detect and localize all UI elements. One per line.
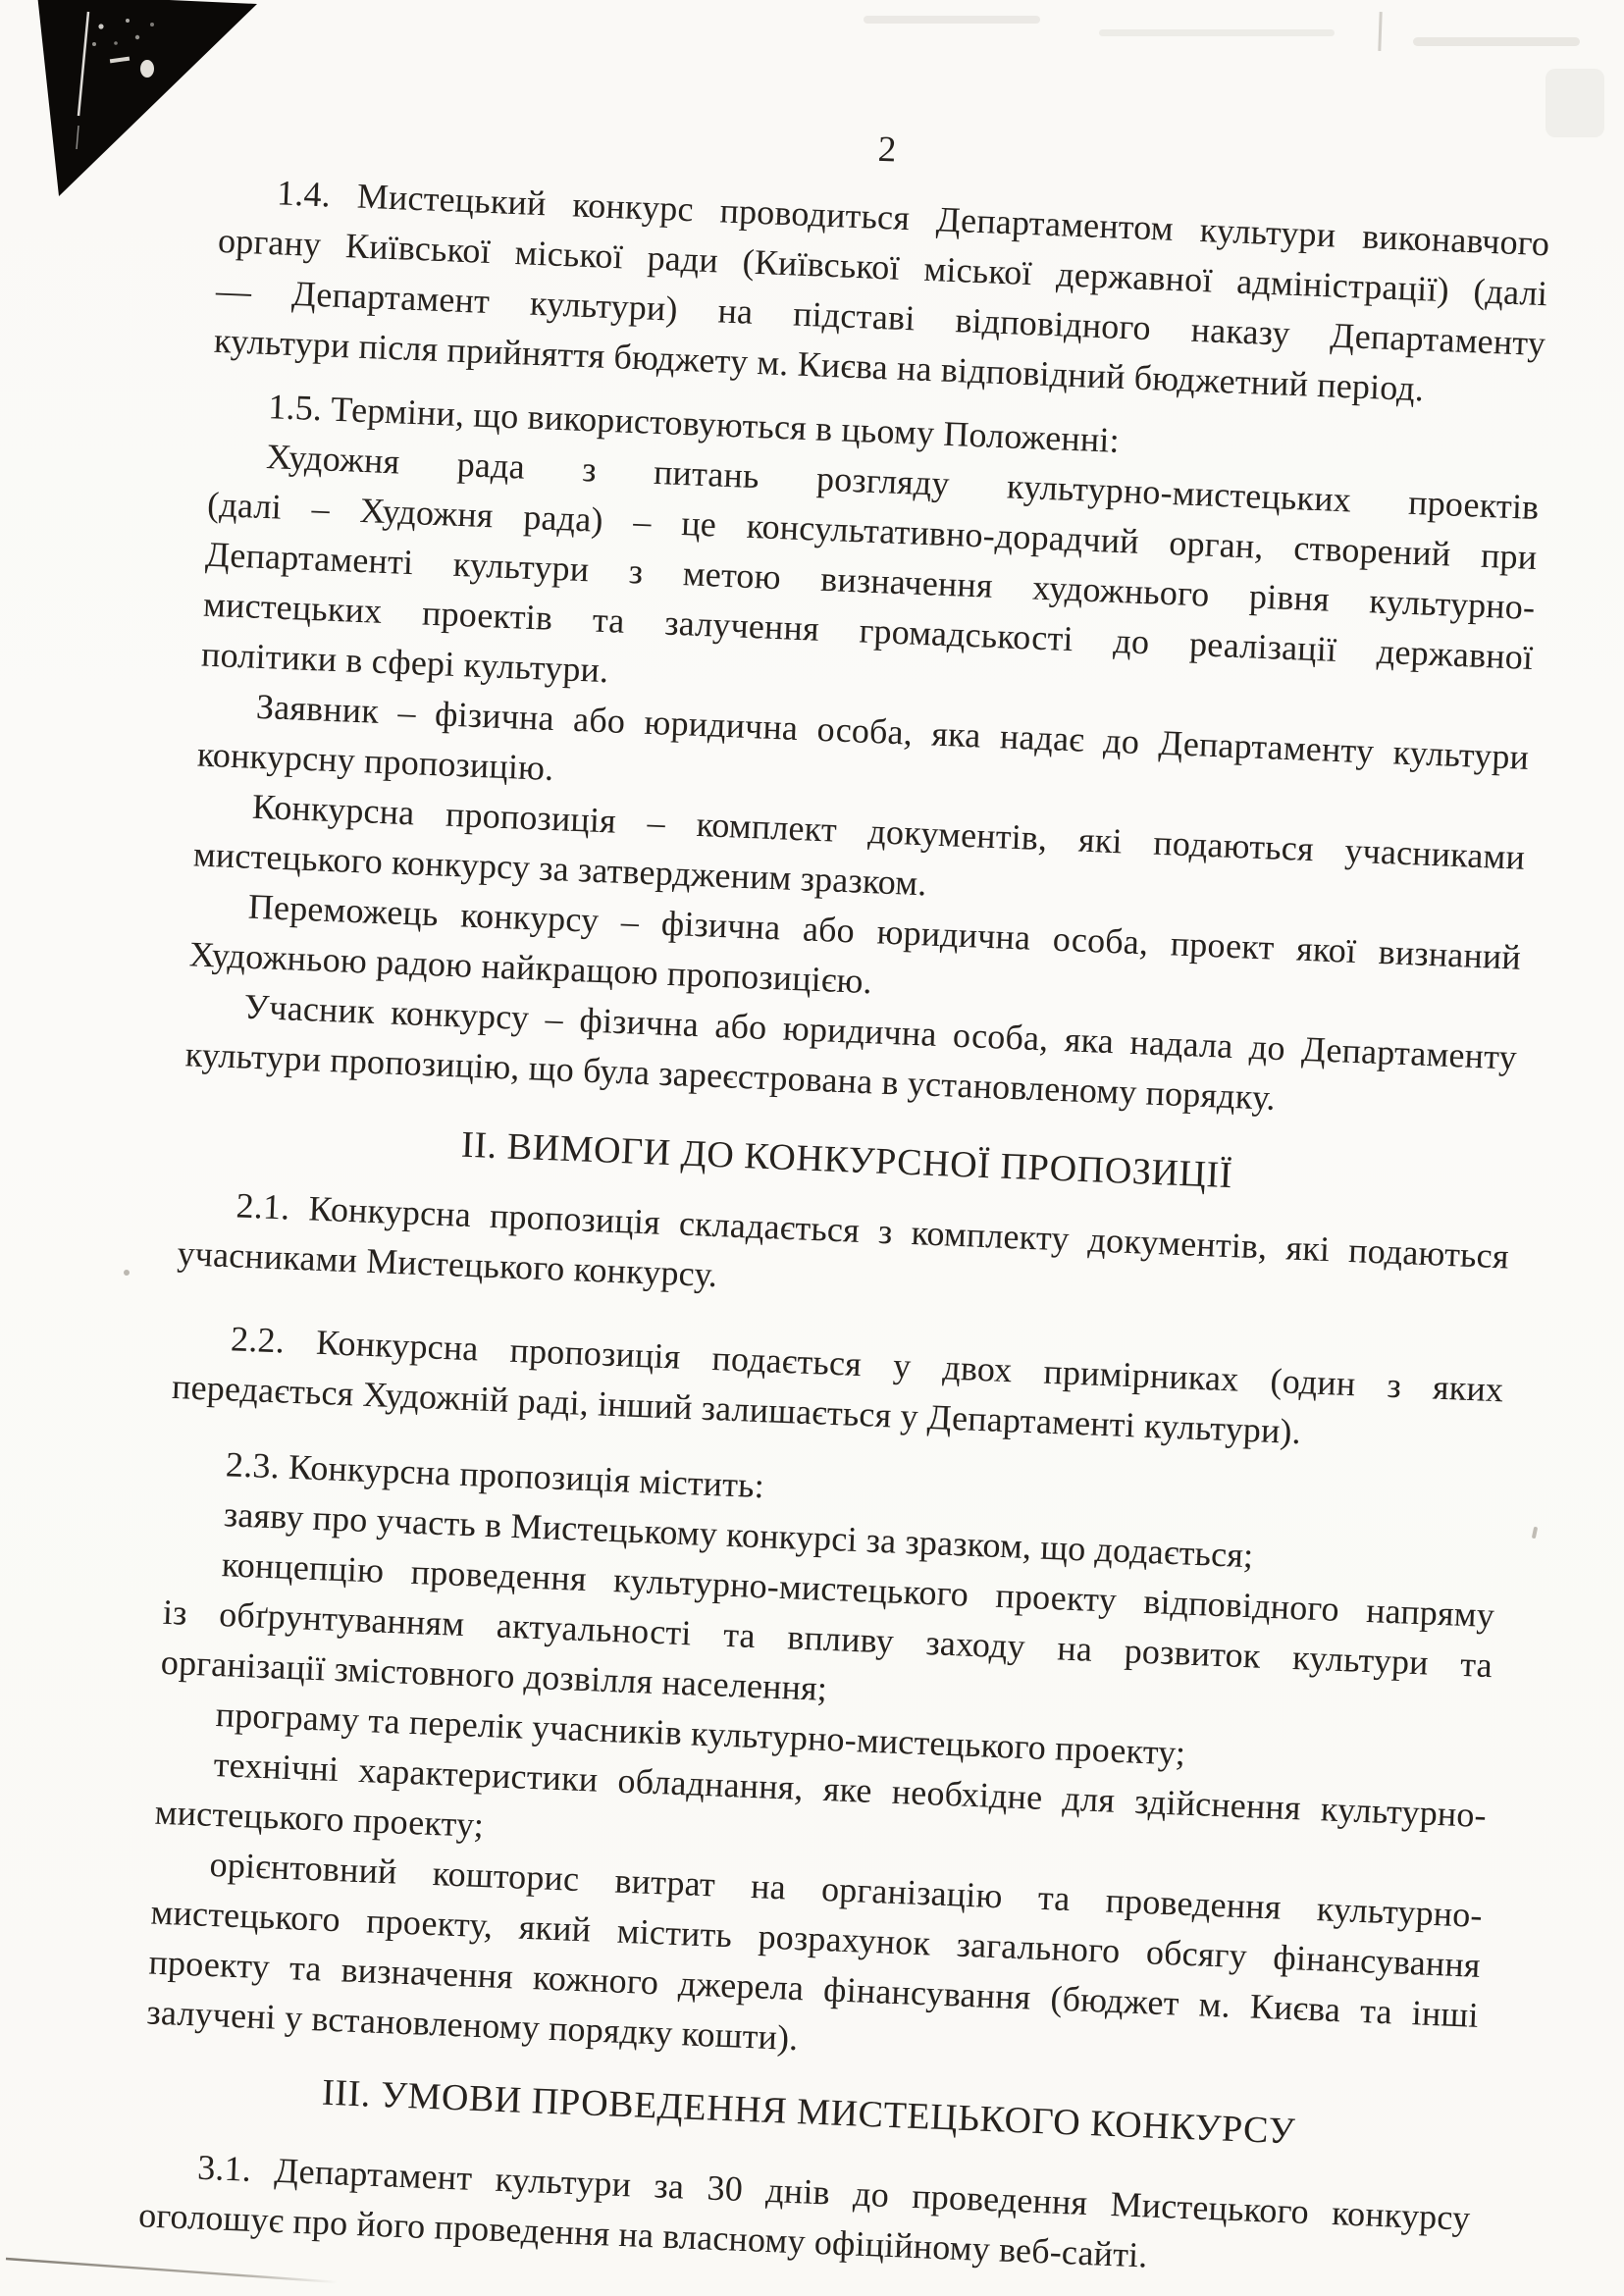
- scan-smudge-artifact: [864, 16, 1040, 24]
- scan-smudge-artifact: [1413, 37, 1580, 46]
- scan-speck-artifact: [124, 1270, 130, 1276]
- scan-smudge-artifact: [1378, 12, 1382, 51]
- scan-smudge-artifact: [1099, 29, 1335, 36]
- scanned-page: 2 1.4. Мистецький конкурс проводиться Де…: [0, 0, 1624, 2296]
- scan-speck-artifact: [1532, 1527, 1538, 1539]
- paragraph-2-2: 2.2. Конкурсна пропозиція подається у дв…: [171, 1312, 1504, 1465]
- scan-edge-line-artifact: [2, 2251, 345, 2290]
- paragraph-2-3: 2.3. Конкурсна пропозиція містить: заяву…: [146, 1437, 1499, 2091]
- paragraph-1-4: 1.4. Мистецький конкурс проводиться Депа…: [213, 166, 1550, 419]
- document-text-block: 2 1.4. Мистецький конкурс проводиться Де…: [137, 98, 1553, 2294]
- scan-smudge-artifact: [1545, 69, 1604, 137]
